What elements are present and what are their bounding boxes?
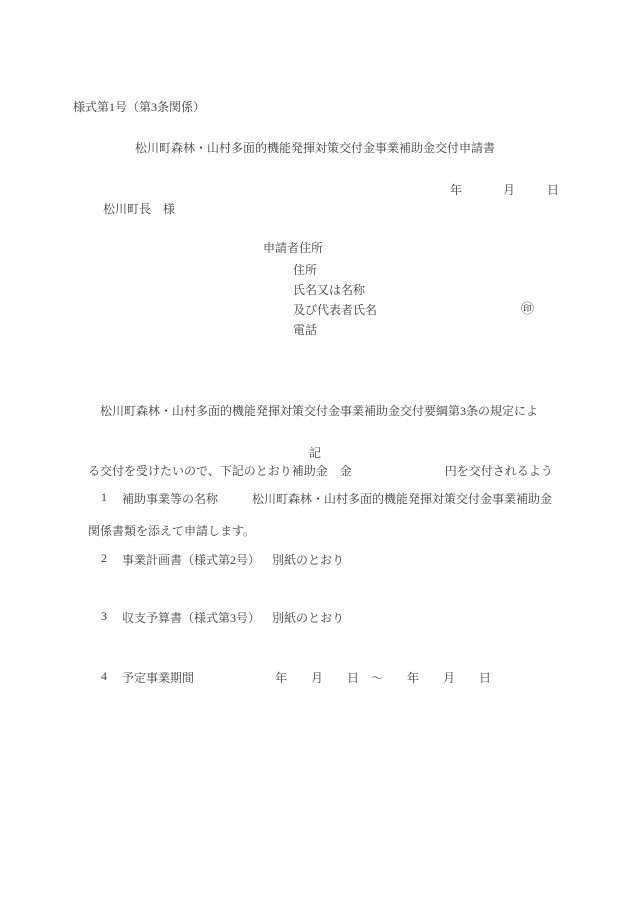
item-value: 年 月 日 ～ 年 月 日	[275, 669, 491, 686]
seal-mark-icon: ㊞	[521, 302, 534, 316]
page-title: 松川町森林・山村多面的機能発揮対策交付金事業補助金交付申請書	[0, 141, 630, 155]
applicant-phone-label: 電話	[293, 323, 317, 337]
item-value: 別紙のとおり	[272, 609, 344, 626]
date-year-label: 年	[450, 183, 462, 197]
item-value: 別紙のとおり	[272, 551, 344, 568]
item-number: 2	[101, 551, 107, 566]
item-label: 収支予算書（様式第3号）	[122, 609, 260, 626]
item-label: 事業計画書（様式第2号）	[122, 551, 260, 568]
applicant-heading: 申請者住所	[263, 241, 323, 255]
addressee: 松川町長 様	[103, 202, 175, 216]
body-line-1: 松川町森林・山村多面的機能発揮対策交付金事業補助金交付要綱第3条の規定によ	[88, 401, 558, 421]
body-paragraph: 松川町森林・山村多面的機能発揮対策交付金事業補助金交付要綱第3条の規定によ る交…	[88, 361, 558, 581]
body-line-3: 関係書類を添えて申請します。	[88, 521, 558, 541]
date-day-label: 日	[547, 183, 559, 197]
form-number: 様式第1号（第3条関係）	[73, 100, 205, 114]
applicant-name-label: 氏名又は名称	[293, 283, 365, 297]
item-label: 補助事業等の名称	[122, 490, 218, 507]
applicant-representative-label: 及び代表者氏名	[293, 303, 377, 317]
application-form-page: 様式第1号（第3条関係） 松川町森林・山村多面的機能発揮対策交付金事業補助金交付…	[0, 0, 630, 915]
item-number: 3	[101, 609, 107, 624]
item-value: 松川町森林・山村多面的機能発揮対策交付金事業補助金	[252, 490, 552, 507]
body-line-2-after: 円を交付されるよう	[445, 464, 553, 478]
item-label: 予定事業期間	[122, 669, 194, 686]
body-line-2-before: る交付を受けたいので、下記のとおり補助金 金	[88, 464, 352, 478]
item-number: 4	[101, 669, 107, 684]
applicant-address-label: 住所	[293, 263, 317, 277]
body-line-2: る交付を受けたいので、下記のとおり補助金 金円を交付されるよう	[88, 461, 558, 481]
date-month-label: 月	[503, 183, 515, 197]
item-number: 1	[101, 490, 107, 505]
record-heading: 記	[0, 446, 630, 460]
